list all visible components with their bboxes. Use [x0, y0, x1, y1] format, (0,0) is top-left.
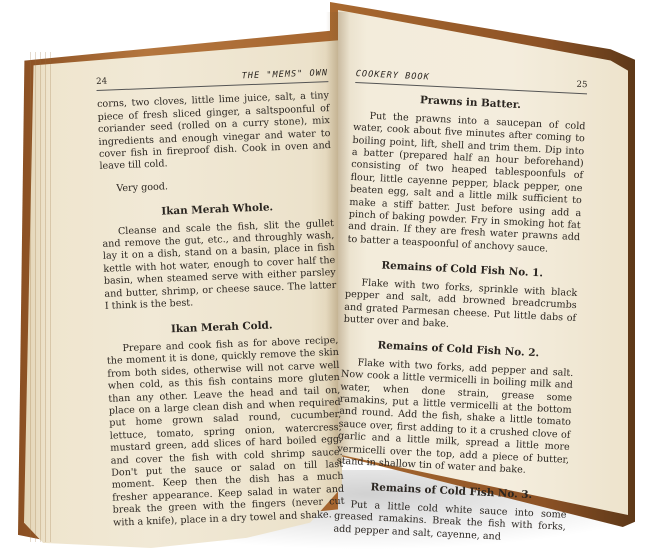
recipe-body: Put the prawns into a saucepan of cold w…	[347, 110, 585, 258]
running-head-title: THE "MEMS" OWN	[241, 67, 328, 83]
open-book-photo: 24 THE "MEMS" OWN corns, two cloves, lit…	[0, 0, 647, 555]
recipe-body: Prepare and cook fish as for above recip…	[106, 335, 345, 530]
page-number: 25	[576, 79, 588, 92]
recipe-title: Ikan Merah Cold.	[106, 316, 338, 337]
recipe-body: Flake with two forks, sprinkle with blac…	[343, 276, 577, 337]
recipe-continuation: corns, two cloves, little lime juice, sa…	[97, 90, 332, 173]
running-head-title: COOKERY BOOK	[355, 68, 430, 84]
recipe-title: Ikan Merah Whole.	[101, 199, 333, 220]
recipe-note: Very good.	[100, 175, 332, 196]
right-page-text: COOKERY BOOK 25 Prawns in Batter. Put th…	[333, 68, 588, 547]
recipe-body: Cleanse and scale the fish, slit the gul…	[102, 218, 337, 314]
recipe-body: Flake with two forks, add pepper and sal…	[336, 356, 573, 479]
left-page-text: 24 THE "MEMS" OWN corns, two cloves, lit…	[96, 67, 345, 530]
page-edges	[30, 52, 54, 542]
page-number: 24	[96, 76, 107, 89]
